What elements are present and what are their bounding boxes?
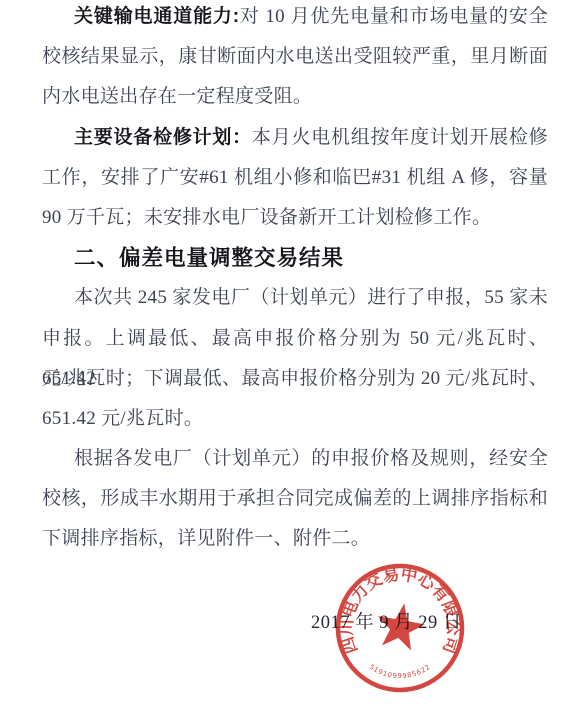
paragraph: 主要设备检修计划：本月火电机组按年度计划开展检修工作，安排了广安#61 机组小修…: [42, 118, 548, 239]
document-page: 关键输电通道能力:对 10 月优先电量和市场电量的安全校核结果显示，康甘断面内水…: [0, 0, 580, 719]
document-body: 关键输电通道能力:对 10 月优先电量和市场电量的安全校核结果显示，康甘断面内水…: [42, 0, 548, 560]
paragraph: 本次共 245 家发电厂（计划单元）进行了申报，55 家未申报。上调最低、最高申…: [42, 278, 548, 439]
text-run: 本次共 245 家发电厂（计划单元）进行了申报，55 家未: [74, 287, 548, 308]
text-run: 对 10 月优先电量和市场电量的安全: [239, 6, 548, 27]
text-run: 651.42 元/兆瓦时。: [42, 408, 203, 429]
paragraph: 根据各发电厂（计划单元）的申报价格及规则，经安全校核，形成丰水期用于承担合同完成…: [42, 439, 548, 560]
text-run: 根据各发电厂（计划单元）的申报价格及规则，经安全: [74, 448, 548, 469]
document-line: 申报。上调最低、最高申报价格分别为 50 元/兆瓦时、651.42: [42, 319, 548, 359]
document-line: 关键输电通道能力:对 10 月优先电量和市场电量的安全: [42, 0, 548, 37]
document-line: 下调排序指标，详见附件一、附件二。: [42, 519, 548, 559]
document-line: 根据各发电厂（计划单元）的申报价格及规则，经安全: [42, 439, 548, 479]
document-line: 90 万千瓦；未安排水电厂设备新开工计划检修工作。: [42, 198, 548, 238]
official-seal: 四川电力交易中心有限公司 5191099985622: [330, 558, 470, 698]
document-line: 主要设备检修计划：本月火电机组按年度计划开展检修: [42, 118, 548, 158]
document-line: 工作，安排了广安#61 机组小修和临巴#31 机组 A 修，容量: [42, 158, 548, 198]
document-line: 651.42 元/兆瓦时。: [42, 399, 548, 439]
paragraph: 关键输电通道能力:对 10 月优先电量和市场电量的安全校核结果显示，康甘断面内水…: [42, 0, 548, 118]
text-run: 下调排序指标，详见附件一、附件二。: [42, 528, 370, 549]
document-line: 元/兆瓦时；下调最低、最高申报价格分别为 20 元/兆瓦时、: [42, 359, 548, 399]
document-line: 二、偏差电量调整交易结果: [42, 238, 548, 278]
text-run: 内水电送出存在一定程度受阻。: [42, 86, 312, 107]
seal-company-text: 四川电力交易中心有限公司: [337, 564, 463, 657]
text-run: 工作，安排了广安#61 机组小修和临巴#31 机组 A 修，容量: [42, 167, 548, 188]
text-run: 校核，形成丰水期用于承担合同完成偏差的上调排序指标和: [42, 488, 548, 509]
document-line: 内水电送出存在一定程度受阻。: [42, 77, 548, 117]
bold-run: 主要设备检修计划：: [74, 127, 252, 148]
bold-run: 关键输电通道能力:: [74, 6, 239, 27]
document-line: 本次共 245 家发电厂（计划单元）进行了申报，55 家未: [42, 278, 548, 318]
seal-star-icon: [378, 603, 425, 650]
text-run: 元/兆瓦时；下调最低、最高申报价格分别为 20 元/兆瓦时、: [42, 368, 548, 389]
document-line: 校核结果显示，康甘断面内水电送出受阻较严重，里月断面: [42, 37, 548, 77]
seal-serial-text: 5191099985622: [368, 663, 432, 681]
text-run: 校核结果显示，康甘断面内水电送出受阻较严重，里月断面: [42, 46, 548, 67]
text-run: 本月火电机组按年度计划开展检修: [252, 127, 548, 148]
section-heading: 二、偏差电量调整交易结果: [42, 238, 548, 278]
text-run: 90 万千瓦；未安排水电厂设备新开工计划检修工作。: [42, 207, 491, 228]
bold-run: 二、偏差电量调整交易结果: [74, 246, 344, 270]
document-line: 校核，形成丰水期用于承担合同完成偏差的上调排序指标和: [42, 479, 548, 519]
